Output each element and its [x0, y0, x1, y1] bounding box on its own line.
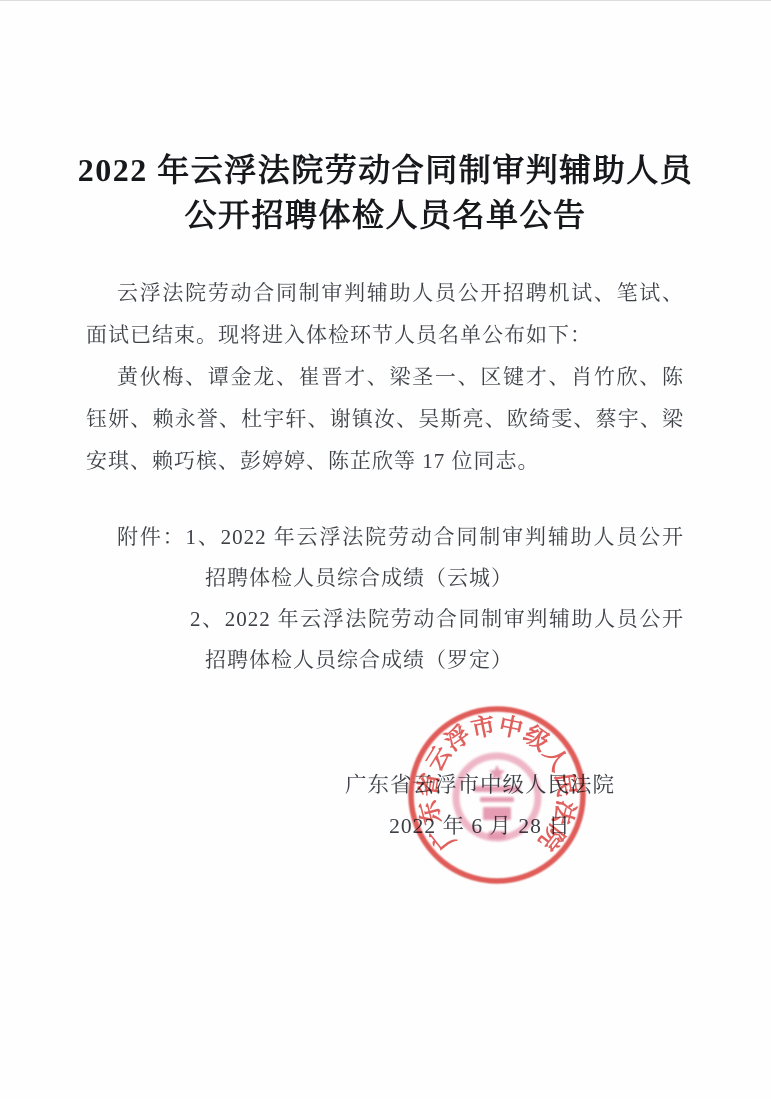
attachment-line-3: 2、2022 年云浮法院劳动合同制审判辅助人员公开: [86, 599, 684, 640]
svg-text:中: 中: [496, 712, 525, 743]
attachment-line-1: 附件：1、2022 年云浮法院劳动合同制审判辅助人员公开: [86, 517, 684, 558]
title-line-2: 公开招聘体检人员名单公告: [0, 193, 771, 238]
scan-edge-artifact: [0, 0, 771, 1]
intro-line-2: 面试已结束。现将进入体检环节人员名单公布如下：: [86, 314, 684, 356]
signature-issuer: 广东省云浮市中级人民法院: [290, 765, 670, 806]
attachment-line-2: 招聘体检人员综合成绩（云城）: [86, 558, 684, 599]
intro-line-1: 云浮法院劳动合同制审判辅助人员公开招聘机试、笔试、: [86, 272, 684, 314]
signature-block: 广东省云浮市中级人民法院 2022 年 6 月 28 日: [290, 765, 670, 847]
names-line-2: 钰妍、赖永誉、杜宇轩、谢镇汝、吴斯亮、欧绮雯、蔡宇、梁: [86, 398, 684, 440]
names-line-3: 安琪、赖巧槟、彭婷婷、陈芷欣等 17 位同志。: [86, 440, 684, 482]
attachment-line-4: 招聘体检人员综合成绩（罗定）: [86, 640, 684, 681]
document-title: 2022 年云浮法院劳动合同制审判辅助人员 公开招聘体检人员名单公告: [0, 148, 771, 238]
document-body: 云浮法院劳动合同制审判辅助人员公开招聘机试、笔试、 面试已结束。现将进入体检环节…: [86, 272, 684, 482]
svg-text:级: 级: [519, 721, 554, 757]
svg-text:市: 市: [469, 712, 498, 743]
document-page: 2022 年云浮法院劳动合同制审判辅助人员 公开招聘体检人员名单公告 云浮法院劳…: [0, 0, 771, 1099]
signature-date: 2022 年 6 月 28 日: [290, 806, 670, 847]
names-line-1: 黄伙梅、谭金龙、崔晋才、梁圣一、区键才、肖竹欣、陈: [86, 356, 684, 398]
title-line-1: 2022 年云浮法院劳动合同制审判辅助人员: [0, 148, 771, 193]
attachments-section: 附件：1、2022 年云浮法院劳动合同制审判辅助人员公开 招聘体检人员综合成绩（…: [86, 517, 684, 681]
svg-text:浮: 浮: [440, 720, 476, 757]
